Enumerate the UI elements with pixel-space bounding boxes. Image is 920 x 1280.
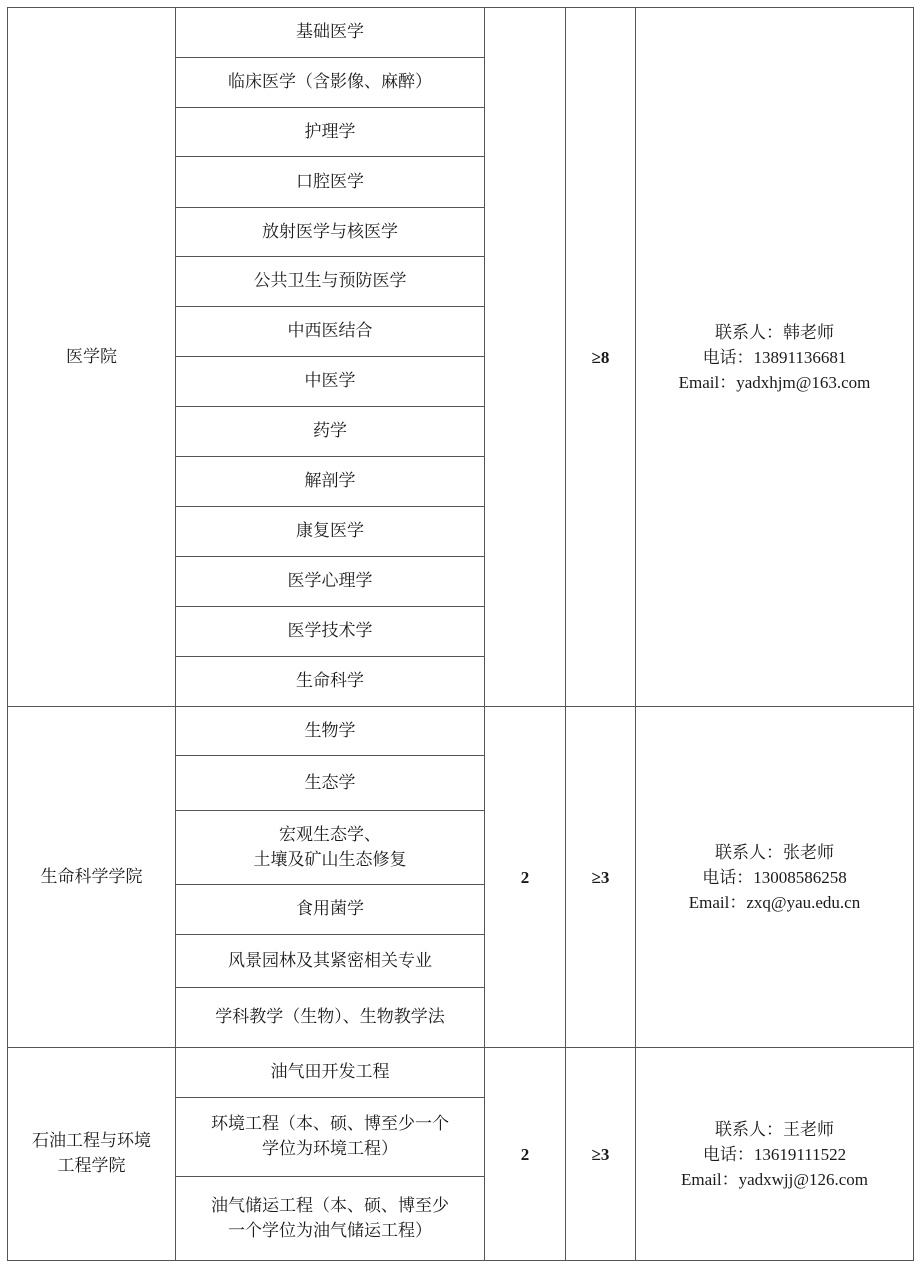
requirement-ratio: ≥3 <box>566 1048 636 1261</box>
major-name: 护理学 <box>176 108 485 157</box>
major-name: 油气储运工程（本、硕、博至少 一个学位为油气储运工程） <box>176 1177 485 1261</box>
position-count: 2 <box>485 707 566 1048</box>
contact-email[interactable]: Email：yadxhjm@163.com <box>642 370 907 395</box>
major-name: 中西医结合 <box>176 307 485 357</box>
major-name: 医学技术学 <box>176 607 485 657</box>
contact-person: 联系人：王老师 <box>642 1117 907 1142</box>
contact-email[interactable]: Email：zxq@yau.edu.cn <box>642 890 907 915</box>
major-name: 医学心理学 <box>176 557 485 607</box>
major-name: 生命科学 <box>176 657 485 707</box>
college-name: 医学院 <box>8 8 176 707</box>
major-name: 宏观生态学、 土壤及矿山生态修复 <box>176 811 485 885</box>
position-count: 2 <box>485 1048 566 1261</box>
contact-info: 联系人：张老师电话：13008586258Email：zxq@yau.edu.c… <box>636 707 914 1048</box>
major-name: 基础医学 <box>176 8 485 58</box>
college-name: 石油工程与环境 工程学院 <box>8 1048 176 1261</box>
contact-info: 联系人：韩老师电话：13891136681Email：yadxhjm@163.c… <box>636 8 914 707</box>
major-name: 康复医学 <box>176 507 485 557</box>
table-row: 石油工程与环境 工程学院油气田开发工程2≥3联系人：王老师电话：13619111… <box>8 1048 914 1098</box>
major-name: 临床医学（含影像、麻醉） <box>176 58 485 108</box>
major-name: 风景园林及其紧密相关专业 <box>176 935 485 988</box>
contact-info: 联系人：王老师电话：13619111522Email：yadxwjj@126.c… <box>636 1048 914 1261</box>
college-name: 生命科学学院 <box>8 707 176 1048</box>
contact-phone: 电话：13619111522 <box>642 1142 907 1167</box>
contact-phone: 电话：13891136681 <box>642 345 907 370</box>
contact-email[interactable]: Email：yadxwjj@126.com <box>642 1167 907 1192</box>
major-name: 生态学 <box>176 756 485 811</box>
contact-person: 联系人：张老师 <box>642 840 907 865</box>
major-name: 环境工程（本、硕、博至少一个 学位为环境工程） <box>176 1098 485 1177</box>
major-name: 食用菌学 <box>176 885 485 935</box>
major-name: 口腔医学 <box>176 157 485 208</box>
major-name: 放射医学与核医学 <box>176 208 485 257</box>
major-name: 药学 <box>176 407 485 457</box>
table-row: 生命科学学院生物学2≥3联系人：张老师电话：13008586258Email：z… <box>8 707 914 756</box>
position-count <box>485 8 566 707</box>
requirement-ratio: ≥3 <box>566 707 636 1048</box>
contact-person: 联系人：韩老师 <box>642 320 907 345</box>
major-name: 公共卫生与预防医学 <box>176 257 485 307</box>
table-row: 医学院基础医学≥8联系人：韩老师电话：13891136681Email：yadx… <box>8 8 914 58</box>
major-name: 生物学 <box>176 707 485 756</box>
requirement-ratio: ≥8 <box>566 8 636 707</box>
recruitment-table: 医学院基础医学≥8联系人：韩老师电话：13891136681Email：yadx… <box>7 7 914 1261</box>
major-name: 油气田开发工程 <box>176 1048 485 1098</box>
major-name: 解剖学 <box>176 457 485 507</box>
contact-phone: 电话：13008586258 <box>642 865 907 890</box>
major-name: 学科教学（生物）、生物教学法 <box>176 988 485 1048</box>
major-name: 中医学 <box>176 357 485 407</box>
